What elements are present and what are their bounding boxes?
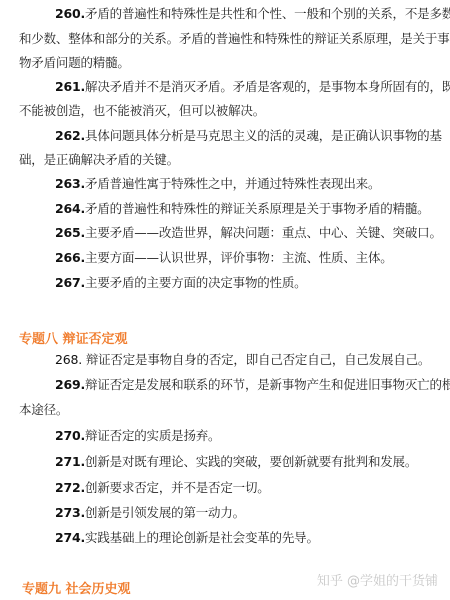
item-260: 260.矛盾的普遍性和特殊性是共性和个性、一般和个别的关系，不是多数 <box>19 2 450 27</box>
item-number: 274. <box>55 530 85 545</box>
item-number: 261. <box>55 79 85 94</box>
item-text: 不能被创造，也不能被消灭，但可以被解决。 <box>19 103 265 118</box>
item-text: 辩证否定是事物自身的否定，即自己否定自己，自己发展自己。 <box>86 352 430 367</box>
item-number: 267. <box>55 275 85 290</box>
item-text: 主要矛盾的主要方面的决定事物的性质。 <box>85 275 306 290</box>
item-263: 263.矛盾普遍性寓于特殊性之中，并通过特殊性表现出来。 <box>19 172 450 197</box>
item-number: 260. <box>55 6 85 21</box>
item-number: 262. <box>55 128 85 143</box>
item-274: 274.实践基础上的理论创新是社会变革的先导。 <box>19 526 450 551</box>
item-text: 解决矛盾并不是消灭矛盾。矛盾是客观的，是事物本身所固有的，既 <box>85 79 450 94</box>
item-265: 265.主要矛盾——改造世界，解决问题：重点、中心、关键、突破口。 <box>19 221 450 246</box>
item-text: 创新要求否定，并不是否定一切。 <box>85 480 270 495</box>
item-268: 268. 辩证否定是事物自身的否定，即自己否定自己，自己发展自己。 <box>19 348 450 373</box>
item-text: 矛盾的普遍性和特殊性的辩证关系原理是关于事物矛盾的精髓。 <box>85 201 429 216</box>
item-text: 本途径。 <box>19 402 68 417</box>
item-260-cont: 和少数、整体和部分的关系。矛盾的普遍性和特殊性的辩证关系原理，是关于事 <box>19 27 439 52</box>
item-269: 269.辩证否定是发展和联系的环节，是新事物产生和促进旧事物灭亡的根 <box>19 373 450 398</box>
item-number: 270. <box>55 428 85 443</box>
item-text: 和少数、整体和部分的关系。矛盾的普遍性和特殊性的辩证关系原理，是关于事 <box>19 31 450 46</box>
item-267: 267.主要矛盾的主要方面的决定事物的性质。 <box>19 271 450 296</box>
item-number: 263. <box>55 176 85 191</box>
item-number: 265. <box>55 225 85 240</box>
item-text: 创新是引领发展的第一动力。 <box>85 505 245 520</box>
item-text: 创新是对既有理论、实践的突破，要创新就要有批判和发展。 <box>85 454 417 469</box>
item-264: 264.矛盾的普遍性和特殊性的辩证关系原理是关于事物矛盾的精髓。 <box>19 197 450 222</box>
item-261-cont: 不能被创造，也不能被消灭，但可以被解决。 <box>19 99 439 124</box>
item-text: 矛盾的普遍性和特殊性是共性和个性、一般和个别的关系，不是多数 <box>85 6 450 21</box>
item-number: 273. <box>55 505 85 520</box>
item-262-cont: 础，是正确解决矛盾的关键。 <box>19 148 439 173</box>
item-266: 266.主要方面——认识世界，评价事物：主流、性质、主体。 <box>19 246 450 271</box>
section-heading-8: 专题八 辩证否定观 <box>19 328 128 347</box>
item-number: 271. <box>55 454 85 469</box>
item-number: 272. <box>55 480 85 495</box>
item-273: 273.创新是引领发展的第一动力。 <box>19 501 450 526</box>
item-260-cont: 物矛盾问题的精髓。 <box>19 51 439 76</box>
item-number: 268. <box>55 352 86 367</box>
item-261: 261.解决矛盾并不是消灭矛盾。矛盾是客观的，是事物本身所固有的，既 <box>19 75 450 100</box>
item-number: 264. <box>55 201 85 216</box>
section-heading-9: 专题九 社会历史观 <box>22 578 131 597</box>
item-262: 262.具体问题具体分析是马克思主义的活的灵魂，是正确认识事物的基 <box>19 124 450 149</box>
item-text: 主要矛盾——改造世界，解决问题：重点、中心、关键、突破口。 <box>85 225 442 240</box>
item-text: 主要方面——认识世界，评价事物：主流、性质、主体。 <box>85 250 393 265</box>
watermark: 知乎 @学姐的干货铺 <box>317 570 438 589</box>
item-271: 271.创新是对既有理论、实践的突破，要创新就要有批判和发展。 <box>19 450 450 475</box>
item-270: 270.辩证否定的实质是扬弃。 <box>19 424 450 449</box>
item-text: 础，是正确解决矛盾的关键。 <box>19 152 179 167</box>
document-page: 260.矛盾的普遍性和特殊性是共性和个性、一般和个别的关系，不是多数 和少数、整… <box>0 0 450 600</box>
item-text: 矛盾普遍性寓于特殊性之中，并通过特殊性表现出来。 <box>85 176 380 191</box>
item-text: 具体问题具体分析是马克思主义的活的灵魂，是正确认识事物的基 <box>85 128 442 143</box>
item-272: 272.创新要求否定，并不是否定一切。 <box>19 476 450 501</box>
item-269-cont: 本途径。 <box>19 398 439 423</box>
item-text: 辩证否定是发展和联系的环节，是新事物产生和促进旧事物灭亡的根 <box>85 377 450 392</box>
item-number: 266. <box>55 250 85 265</box>
item-text: 辩证否定的实质是扬弃。 <box>85 428 220 443</box>
item-text: 实践基础上的理论创新是社会变革的先导。 <box>85 530 319 545</box>
item-number: 269. <box>55 377 85 392</box>
item-text: 物矛盾问题的精髓。 <box>19 55 130 70</box>
